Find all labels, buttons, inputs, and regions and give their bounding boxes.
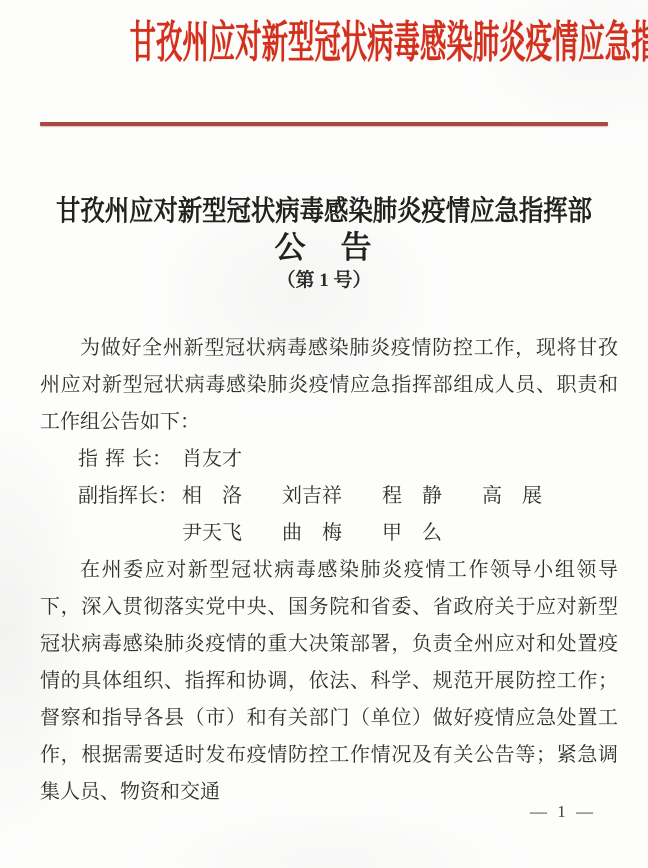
page-number: — 1 — bbox=[530, 802, 596, 822]
deputy-commander-names: 相 洛 刘吉祥 程 静 高 展 bbox=[182, 478, 618, 515]
document-body: 为做好全州新型冠状病毒感染肺炎疫情防控工作，现将甘孜州应对新型冠状病毒感染肺炎疫… bbox=[40, 330, 618, 811]
commander-row: 指 挥 长： 肖友才 bbox=[40, 441, 618, 478]
document-page: 甘孜州应对新型冠状病毒感染肺炎疫情应急指挥部 甘孜州应对新型冠状病毒感染肺炎疫情… bbox=[0, 0, 648, 868]
commander-name: 肖友才 bbox=[182, 441, 618, 478]
deputy-commander-label: 副指挥长： bbox=[78, 478, 182, 515]
deputy-commander-names-continued: 尹天飞 曲 梅 甲 么 bbox=[182, 515, 618, 552]
issue-number: （第 1 号） bbox=[0, 265, 648, 292]
letterhead-separator-rule bbox=[40, 122, 608, 126]
roster-label-spacer bbox=[78, 515, 182, 552]
commander-label: 指 挥 长： bbox=[78, 441, 182, 478]
deputy-commander-row: 副指挥长： 相 洛 刘吉祥 程 静 高 展 bbox=[40, 478, 618, 515]
letterhead-title: 甘孜州应对新型冠状病毒感染肺炎疫情应急指挥部 bbox=[130, 18, 519, 69]
deputy-commander-row-continued: 尹天飞 曲 梅 甲 么 bbox=[40, 515, 618, 552]
document-title-announcement: 公 告 bbox=[0, 222, 648, 267]
intro-paragraph: 为做好全州新型冠状病毒感染肺炎疫情防控工作，现将甘孜州应对新型冠状病毒感染肺炎疫… bbox=[40, 330, 618, 441]
duties-paragraph: 在州委应对新型冠状病毒感染肺炎疫情工作领导小组领导下，深入贯彻落实党中央、国务院… bbox=[40, 552, 618, 811]
